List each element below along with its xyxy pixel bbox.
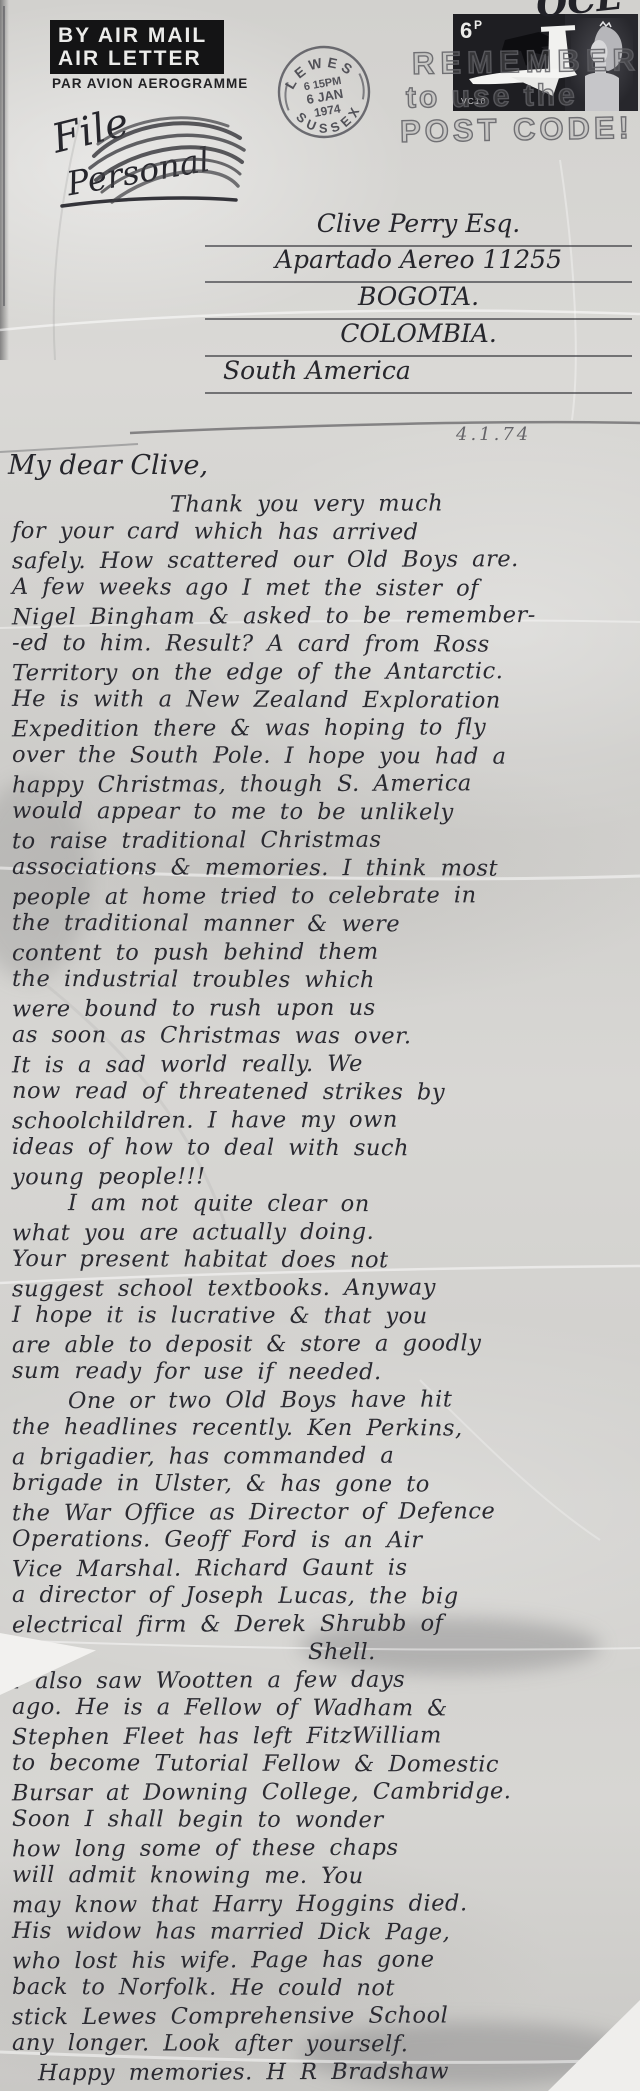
paper-left-edge-line — [3, 6, 5, 306]
airmail-panel-line1: BY AIR MAIL — [58, 24, 216, 47]
letter-line: content to push behind them — [12, 937, 636, 968]
letter-line: brigade in Ulster, & has gone to — [12, 1469, 636, 1499]
slogan-cancel-line3: POST CODE! — [400, 110, 633, 150]
letter-line: sum ready for use if needed. — [12, 1357, 636, 1387]
letter-line: Expedition there & was hoping to fly — [12, 713, 636, 744]
letter-date: 4.1.74 — [456, 424, 531, 445]
letter-line: His widow has married Dick Page, — [12, 1917, 636, 1947]
letter-line: any longer. Look after yourself. — [12, 2029, 636, 2059]
stamp-denomination-unit: P — [474, 18, 482, 32]
letter-line: people at home tried to celebrate in — [12, 881, 636, 912]
letter-line: may know that Harry Hoggins died. — [12, 1889, 636, 1920]
slogan-cancel-line1: REMEMBER — [412, 42, 640, 82]
letter-line: happy Christmas, though S. America — [12, 769, 636, 800]
letter-line: I hope it is lucrative & that you — [12, 1301, 636, 1331]
letter-line: One or two Old Boys have hit — [12, 1385, 636, 1416]
letter-line: a director of Joseph Lucas, the big — [12, 1581, 636, 1611]
letter-line: Shell. — [12, 1637, 636, 1667]
address-line: BOGOTA. — [205, 282, 632, 320]
letter-line: would appear to me to be unlikely — [12, 797, 636, 827]
slogan-cancel-line2: to use the — [406, 79, 578, 116]
letter-line: will admit knowing me. You — [12, 1861, 636, 1891]
letter-line: It is a sad world really. We — [12, 1049, 636, 1080]
letter-line: Stephen Fleet has left FitzWilliam — [12, 1721, 636, 1752]
letter-line: ago. He is a Fellow of Wadham & — [12, 1693, 636, 1723]
address-line: South America — [205, 356, 632, 394]
letter-line: to raise traditional Christmas — [12, 825, 636, 856]
airmail-panel: BY AIR MAIL AIR LETTER — [50, 20, 224, 74]
letter-line: Operations. Geoff Ford is an Air — [12, 1525, 636, 1555]
letter-line: the headlines recently. Ken Perkins, — [12, 1413, 636, 1443]
stamp-denomination: 6 — [460, 18, 472, 43]
letter-line: ideas of how to deal with such — [12, 1133, 636, 1163]
letter-body: Thank you very muchfor your card which h… — [12, 490, 636, 2086]
letter-line: for your card which has arrived — [12, 517, 636, 547]
letter-line: A few weeks ago I met the sister of — [12, 573, 636, 603]
letter-line: the traditional manner & were — [12, 909, 636, 939]
letter-line: He is with a New Zealand Exploration — [12, 685, 636, 715]
letter-line: Thank you very much — [12, 489, 636, 520]
letter-line: what you are actually doing. — [12, 1217, 636, 1248]
letter-line: Your present habitat does not — [12, 1245, 636, 1275]
postmark: LEWES 6 15PM 6 JAN 1974 SUSSEX — [264, 32, 384, 152]
letter-line: associations & memories. I think most — [12, 853, 636, 883]
letter-line: to become Tutorial Fellow & Domestic — [12, 1749, 636, 1779]
letter-line: schoolchildren. I have my own — [12, 1105, 636, 1136]
airmail-subtitle: PAR AVION AEROGRAMME — [52, 76, 248, 91]
letter-line: stick Lewes Comprehensive School — [12, 2001, 636, 2032]
address-line: Apartado Aereo 11255 — [205, 245, 632, 283]
letter-line: Nigel Bingham & asked to be remember- — [12, 601, 636, 632]
letter-salutation: My dear Clive, — [8, 450, 208, 481]
letter-line: are able to deposit & store a goodly — [12, 1329, 636, 1360]
letter-line: the industrial troubles which — [12, 965, 636, 995]
letter-line: Happy memories. H R Bradshaw — [12, 2057, 636, 2088]
letter-line: I am not quite clear on — [12, 1189, 636, 1219]
aerogramme-scan: BY AIR MAIL AIR LETTER PAR AVION AEROGRA… — [0, 0, 640, 2091]
letter-line: were bound to rush upon us — [12, 993, 636, 1024]
letter-line: over the South Pole. I hope you had a — [12, 741, 636, 771]
letter-line: suggest school textbooks. Anyway — [12, 1273, 636, 1304]
letter-line: who lost his wife. Page has gone — [12, 1945, 636, 1976]
postmark-year: 1974 — [313, 101, 342, 119]
letter-line: the War Office as Director of Defence — [12, 1497, 636, 1528]
letter-line: electrical firm & Derek Shrubb of — [12, 1609, 636, 1640]
letter-line: Soon I shall begin to wonder — [12, 1805, 636, 1835]
address-line: COLOMBIA. — [205, 319, 632, 357]
letter-line: how long some of these chaps — [12, 1833, 636, 1864]
airmail-panel-line2: AIR LETTER — [58, 47, 216, 70]
letter-line: Territory on the edge of the Antarctic. — [12, 657, 636, 688]
letter-line: young people!!! — [12, 1161, 636, 1192]
letter-line: -ed to him. Result? A card from Ross — [12, 629, 636, 659]
letter-line: a brigadier, has commanded a — [12, 1441, 636, 1472]
letter-line: now read of threatened strikes by — [12, 1077, 636, 1107]
letter-line: Bursar at Downing College, Cambridge. — [12, 1777, 636, 1808]
letter-line: back to Norfolk. He could not — [12, 1973, 636, 2003]
letter-line: as soon as Christmas was over. — [12, 1021, 636, 1051]
scribble-cross-out — [88, 104, 248, 208]
letter-line: safely. How scattered our Old Boys are. — [12, 545, 636, 576]
address-line: Clive Perry Esq. — [205, 209, 632, 247]
letter-line: Vice Marshal. Richard Gaunt is — [12, 1553, 636, 1584]
letter-line: I also saw Wootten a few days — [12, 1665, 636, 1696]
